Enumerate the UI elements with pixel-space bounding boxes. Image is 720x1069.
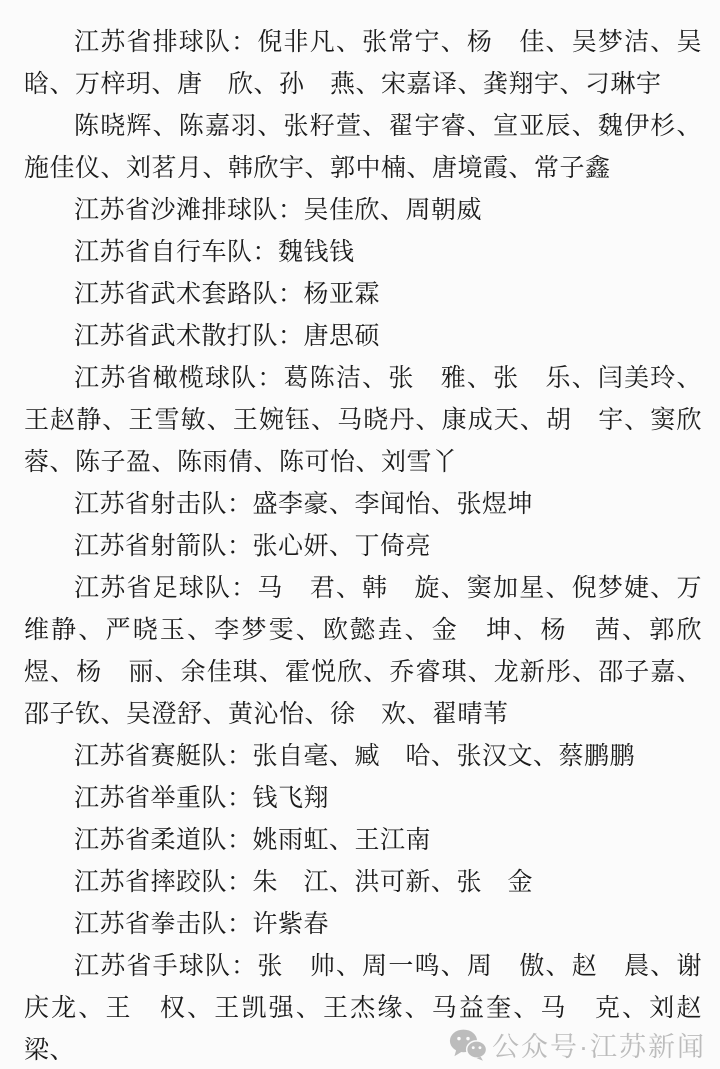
- team-roster-volleyball: 江苏省排球队：倪非凡、张常宁、杨 佳、吴梦洁、吴晗、万梓玥、唐 欣、孙 燕、宋嘉…: [24, 21, 702, 105]
- team-roster-shooting: 江苏省射击队：盛李豪、李闻怡、张煜坤: [24, 483, 702, 525]
- team-roster-wushu-taolu: 江苏省武术套路队：杨亚霖: [24, 273, 702, 315]
- team-roster-volleyball-cont: 陈晓辉、陈嘉羽、张籽萱、翟宇睿、宣亚辰、魏伊杉、施佳仪、刘茗月、韩欣宇、郭中楠、…: [24, 105, 702, 189]
- team-roster-rugby: 江苏省橄榄球队：葛陈洁、张 雅、张 乐、闫美玲、王赵静、王雪敏、王婉钰、马晓丹、…: [24, 357, 702, 483]
- team-roster-rowing: 江苏省赛艇队：张自毫、臧 哈、张汉文、蔡鹏鹏: [24, 735, 702, 777]
- team-roster-wrestling: 江苏省摔跤队：朱 江、洪可新、张 金: [24, 861, 702, 903]
- team-roster-boxing: 江苏省拳击队：许紫春: [24, 903, 702, 945]
- team-roster-football: 江苏省足球队：马 君、韩 旋、窦加星、倪梦婕、万维静、严晓玉、李梦雯、欧懿垚、金…: [24, 567, 702, 735]
- team-roster-cycling: 江苏省自行车队：魏钱钱: [24, 231, 702, 273]
- article-body: 江苏省排球队：倪非凡、张常宁、杨 佳、吴梦洁、吴晗、万梓玥、唐 欣、孙 燕、宋嘉…: [0, 0, 720, 1069]
- team-roster-wushu-sanda: 江苏省武术散打队：唐思硕: [24, 315, 702, 357]
- team-roster-handball: 江苏省手球队：张 帅、周一鸣、周 傲、赵 晨、谢庆龙、王 权、王凯强、王杰缘、马…: [24, 945, 702, 1069]
- team-roster-beach-volleyball: 江苏省沙滩排球队：吴佳欣、周朝威: [24, 189, 702, 231]
- team-roster-judo: 江苏省柔道队：姚雨虹、王江南: [24, 819, 702, 861]
- team-roster-archery: 江苏省射箭队：张心妍、丁倚亮: [24, 525, 702, 567]
- team-roster-weightlifting: 江苏省举重队：钱飞翔: [24, 777, 702, 819]
